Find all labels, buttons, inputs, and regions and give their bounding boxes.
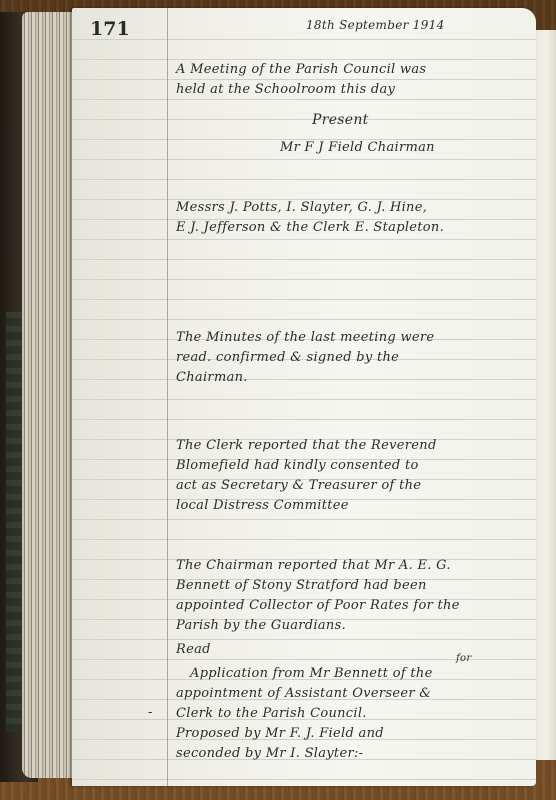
chairman-report-paragraph: The Chairman reported that Mr A. E. G. B… — [176, 556, 460, 636]
text-line: appointed Collector of Poor Rates for th… — [176, 596, 460, 616]
margin-mark: - — [148, 705, 152, 720]
page-number: 171 — [90, 18, 130, 40]
text-line: The Clerk reported that the Reverend — [176, 436, 437, 456]
text-line: Proposed by Mr F. J. Field and — [176, 724, 433, 744]
opening-paragraph: A Meeting of the Parish Council was held… — [176, 60, 426, 100]
text-line: read. confirmed & signed by the — [176, 348, 434, 368]
text-line: act as Secretary & Treasurer of the — [176, 476, 437, 496]
text-line: The Chairman reported that Mr A. E. G. — [176, 556, 460, 576]
meeting-date: 18th September 1914 — [306, 18, 445, 32]
chairman-line: Mr F J Field Chairman — [280, 140, 435, 155]
text-line: Blomefield had kindly consented to — [176, 456, 437, 476]
read-label: Read — [176, 642, 211, 657]
clerk-report-paragraph: The Clerk reported that the Reverend Blo… — [176, 436, 437, 516]
ledger-page: 171 18th September 1914 A Meeting of the… — [72, 8, 536, 786]
text-line: The Minutes of the last meeting were — [176, 328, 434, 348]
attendees-paragraph: Messrs J. Potts, I. Slayter, G. J. Hine,… — [176, 198, 444, 238]
text-line: local Distress Committee — [176, 496, 437, 516]
text-line: seconded by Mr I. Slayter:- — [176, 744, 433, 764]
text-line: Bennett of Stony Stratford had been — [176, 576, 460, 596]
minutes-paragraph: The Minutes of the last meeting were rea… — [176, 328, 434, 388]
text-line: E J. Jefferson & the Clerk E. Stapleton. — [176, 218, 444, 238]
text-line: Messrs J. Potts, I. Slayter, G. J. Hine, — [176, 198, 444, 218]
red-margin-line — [167, 8, 168, 786]
application-paragraph: Application from Mr Bennett of the appoi… — [176, 664, 433, 764]
text-line: A Meeting of the Parish Council was — [176, 60, 426, 80]
text-line: Application from Mr Bennett of the — [176, 664, 433, 684]
text-line: Parish by the Guardians. — [176, 616, 460, 636]
insertion-above: for — [456, 653, 471, 664]
text-line: Clerk to the Parish Council. — [176, 704, 433, 724]
text-line: Chairman. — [176, 368, 434, 388]
present-heading: Present — [312, 112, 369, 128]
text-line: held at the Schoolroom this day — [176, 80, 426, 100]
text-line: appointment of Assistant Overseer & — [176, 684, 433, 704]
